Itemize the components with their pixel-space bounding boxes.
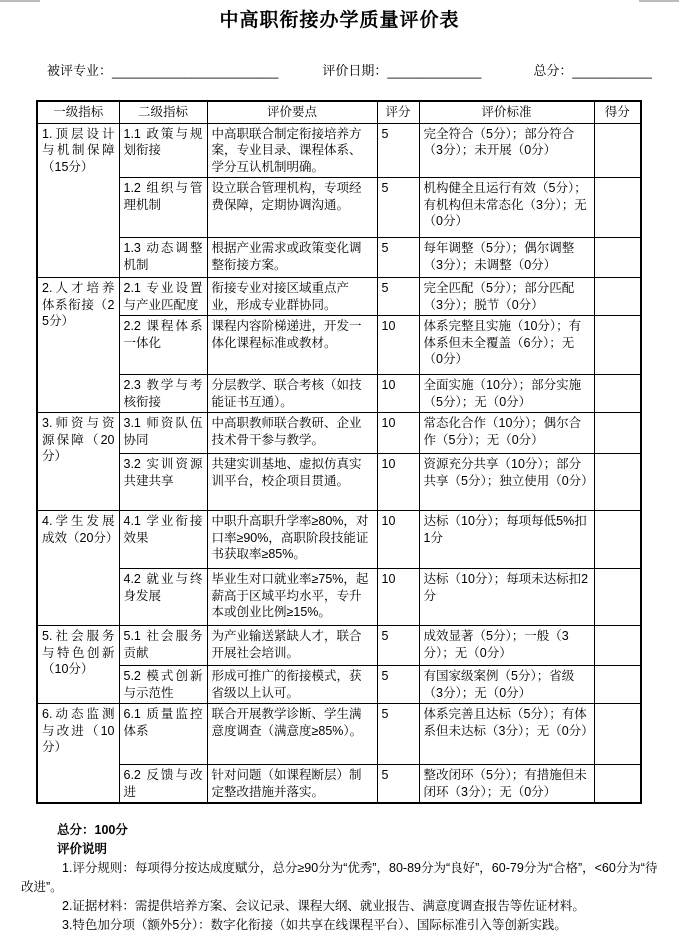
cell-level2-indicator: 1.2 组织与管理机制 [119,178,207,238]
cell-evaluation-point: 衔接专业对接区域重点产业，形成专业群协同。 [207,278,377,316]
field-evaluation-date-label: 评价日期： [322,60,387,79]
cell-score: 10 [377,413,419,454]
field-evaluated-major: 被评专业：_______________________ [47,60,278,79]
cell-score: 5 [377,765,419,804]
page-title: 中高职衔接办学质量评价表 [0,9,679,33]
cell-earned-score [594,626,641,666]
table-row: 5.2 模式创新与示范性 形成可推广的衔接模式，获省级以上认可。 5 有国家级案… [37,666,641,704]
cell-level2-indicator: 3.2 实训资源共建共享 [119,454,207,511]
field-total-score: 总分：___________ [533,60,652,79]
cell-evaluation-point: 根据产业需求或政策变化调整衔接方案。 [207,238,377,278]
field-evaluation-date-blank: _____________ [387,64,481,79]
cell-level1-indicator: 2.人才培养体系衔接（25分） [37,278,119,413]
cell-level2-indicator: 2.2 课程体系一体化 [119,316,207,375]
cell-earned-score [594,666,641,704]
cell-standard: 完全符合（5分）；部分符合（3分）；未开展（0分） [419,123,594,178]
cell-score: 10 [377,569,419,626]
cell-score: 5 [377,238,419,278]
header-evaluation-points: 评价要点 [207,101,377,123]
meta-fields-row: 被评专业：_______________________ 评价日期：______… [0,60,679,79]
cell-evaluation-point: 为产业输送紧缺人才，联合开展社会培训。 [207,626,377,666]
table-row: 2.2 课程体系一体化 课程内容阶梯递进，开发一体化课程标准或教材。 10 体系… [37,316,641,375]
document-page: 中高职衔接办学质量评价表 被评专业：______________________… [0,9,679,933]
screen-edge-artifact-right [639,0,679,2]
cell-standard: 资源充分共享（10分）；部分共享（5分）；独立使用（0分） [419,454,594,511]
note-bonus-items: 3.特色加分项（额外5分）：数字化衔接（如共享在线课程平台）、国际标准引入等创新… [21,916,665,933]
cell-earned-score [594,178,641,238]
cell-evaluation-point: 设立联合管理机构，专项经费保障，定期协调沟通。 [207,178,377,238]
footer-notes: 总分：100分 评价说明 1.评分规则：每项得分按达成度赋分，总分≥90分为“优… [0,821,679,933]
cell-level1-indicator: 1.顶层设计与机制保障（15分） [37,123,119,278]
cell-earned-score [594,375,641,413]
cell-standard: 全面实施（10分）；部分实施（5分）；无（0分） [419,375,594,413]
field-total-score-blank: ___________ [572,64,652,79]
cell-level1-indicator: 4.学生发展成效（20分） [37,511,119,626]
cell-earned-score [594,316,641,375]
cell-standard: 有国家级案例（5分）；省级（3分）；无（0分） [419,666,594,704]
table-row: 5.社会服务与特色创新（10分） 5.1 社会服务贡献 为产业输送紧缺人才，联合… [37,626,641,666]
cell-earned-score [594,765,641,804]
cell-evaluation-point: 中高职教师联合教研、企业技术骨干参与教学。 [207,413,377,454]
cell-score: 5 [377,178,419,238]
cell-earned-score [594,238,641,278]
cell-level2-indicator: 3.1 师资队伍协同 [119,413,207,454]
cell-evaluation-point: 分层教学、联合考核（如技能证书互通）。 [207,375,377,413]
header-earned-score: 得分 [594,101,641,123]
cell-score: 10 [377,511,419,569]
cell-score: 5 [377,123,419,178]
table-header-row: 一级指标 二级指标 评价要点 评分 评价标准 得分 [37,101,641,123]
table-row: 6.动态监测与改进（10分） 6.1 质量监控体系 联合开展教学诊断、学生满意度… [37,704,641,765]
header-standard: 评价标准 [419,101,594,123]
cell-level1-indicator: 3.师资与资源保障（20分） [37,413,119,511]
cell-standard: 达标（10分）；每项未达标扣2分 [419,569,594,626]
total-score-line: 总分：100分 [57,821,679,840]
cell-score: 5 [377,704,419,765]
table-row: 2.3 教学与考核衔接 分层教学、联合考核（如技能证书互通）。 10 全面实施（… [37,375,641,413]
cell-level2-indicator: 1.1 政策与规划衔接 [119,123,207,178]
cell-score: 10 [377,316,419,375]
cell-standard: 体系完整且实施（10分）；有体系但未全覆盖（6分）；无（0分） [419,316,594,375]
cell-earned-score [594,454,641,511]
cell-level2-indicator: 4.1 学业衔接效果 [119,511,207,569]
table-row: 1.3 动态调整机制 根据产业需求或政策变化调整衔接方案。 5 每年调整（5分）… [37,238,641,278]
cell-evaluation-point: 中高职联合制定衔接培养方案，专业目录、课程体系、学分互认机制明确。 [207,123,377,178]
cell-level2-indicator: 6.1 质量监控体系 [119,704,207,765]
cell-standard: 完全匹配（5分）；部分匹配（3分）；脱节（0分） [419,278,594,316]
table-row: 2.人才培养体系衔接（25分） 2.1 专业设置与产业匹配度 衔接专业对接区域重… [37,278,641,316]
header-score: 评分 [377,101,419,123]
cell-standard: 整改闭环（5分）；有措施但未闭环（3分）；无（0分） [419,765,594,804]
cell-evaluation-point: 形成可推广的衔接模式，获省级以上认可。 [207,666,377,704]
cell-score: 5 [377,278,419,316]
cell-score: 10 [377,375,419,413]
cell-earned-score [594,413,641,454]
screen-edge-artifact-left [0,0,40,2]
cell-score: 5 [377,666,419,704]
table-row: 3.师资与资源保障（20分） 3.1 师资队伍协同 中高职教师联合教研、企业技术… [37,413,641,454]
cell-standard: 体系完善且达标（5分）；有体系但未达标（3分）；无（0分） [419,704,594,765]
cell-score: 5 [377,626,419,666]
cell-level2-indicator: 5.1 社会服务贡献 [119,626,207,666]
table-row: 4.2 就业与终身发展 毕业生对口就业率≥75%，起薪高于区域平均水平，专升本或… [37,569,641,626]
note-scoring-rules: 1.评分规则：每项得分按达成度赋分，总分≥90分为“优秀”，80-89分为“良好… [21,859,665,897]
cell-level2-indicator: 2.1 专业设置与产业匹配度 [119,278,207,316]
cell-level2-indicator: 1.3 动态调整机制 [119,238,207,278]
field-total-score-label: 总分： [533,60,572,79]
field-evaluated-major-label: 被评专业： [47,60,112,79]
cell-standard: 常态化合作（10分）；偶尔合作（5分）；无（0分） [419,413,594,454]
cell-level1-indicator: 5.社会服务与特色创新（10分） [37,626,119,704]
notes-title: 评价说明 [57,840,679,859]
cell-level1-indicator: 6.动态监测与改进（10分） [37,704,119,804]
field-evaluation-date: 评价日期：_____________ [322,60,481,79]
header-level1-indicator: 一级指标 [37,101,119,123]
cell-evaluation-point: 联合开展教学诊断、学生满意度调查（满意度≥85%）。 [207,704,377,765]
cell-earned-score [594,278,641,316]
cell-standard: 每年调整（5分）；偶尔调整（3分）；未调整（0分） [419,238,594,278]
cell-standard: 机构健全且运行有效（5分）；有机构但未常态化（3分）；无（0分） [419,178,594,238]
field-evaluated-major-blank: _______________________ [112,64,278,79]
cell-earned-score [594,511,641,569]
cell-evaluation-point: 中职升高职升学率≥80%，对口率≥90%，高职阶段技能证书获取率≥85%。 [207,511,377,569]
cell-standard: 达标（10分）；每项每低5%扣1分 [419,511,594,569]
cell-earned-score [594,704,641,765]
note-evidence-materials: 2.证据材料：需提供培养方案、会议记录、课程大纲、就业报告、满意度调查报告等佐证… [21,897,665,916]
cell-evaluation-point: 共建实训基地、虚拟仿真实训平台，校企项目贯通。 [207,454,377,511]
cell-level2-indicator: 2.3 教学与考核衔接 [119,375,207,413]
evaluation-table: 一级指标 二级指标 评价要点 评分 评价标准 得分 1.顶层设计与机制保障（15… [36,100,642,804]
table-row: 1.顶层设计与机制保障（15分） 1.1 政策与规划衔接 中高职联合制定衔接培养… [37,123,641,178]
cell-earned-score [594,569,641,626]
table-row: 6.2 反馈与改进 针对问题（如课程断层）制定整改措施并落实。 5 整改闭环（5… [37,765,641,804]
table-row: 3.2 实训资源共建共享 共建实训基地、虚拟仿真实训平台，校企项目贯通。 10 … [37,454,641,511]
cell-evaluation-point: 毕业生对口就业率≥75%，起薪高于区域平均水平，专升本或创业比例≥15%。 [207,569,377,626]
table-row: 1.2 组织与管理机制 设立联合管理机构，专项经费保障，定期协调沟通。 5 机构… [37,178,641,238]
cell-earned-score [594,123,641,178]
cell-evaluation-point: 针对问题（如课程断层）制定整改措施并落实。 [207,765,377,804]
header-level2-indicator: 二级指标 [119,101,207,123]
cell-level2-indicator: 4.2 就业与终身发展 [119,569,207,626]
cell-level2-indicator: 5.2 模式创新与示范性 [119,666,207,704]
cell-score: 10 [377,454,419,511]
cell-evaluation-point: 课程内容阶梯递进，开发一体化课程标准或教材。 [207,316,377,375]
table-row: 4.学生发展成效（20分） 4.1 学业衔接效果 中职升高职升学率≥80%，对口… [37,511,641,569]
cell-level2-indicator: 6.2 反馈与改进 [119,765,207,804]
cell-standard: 成效显著（5分）；一般（3分）；无（0分） [419,626,594,666]
